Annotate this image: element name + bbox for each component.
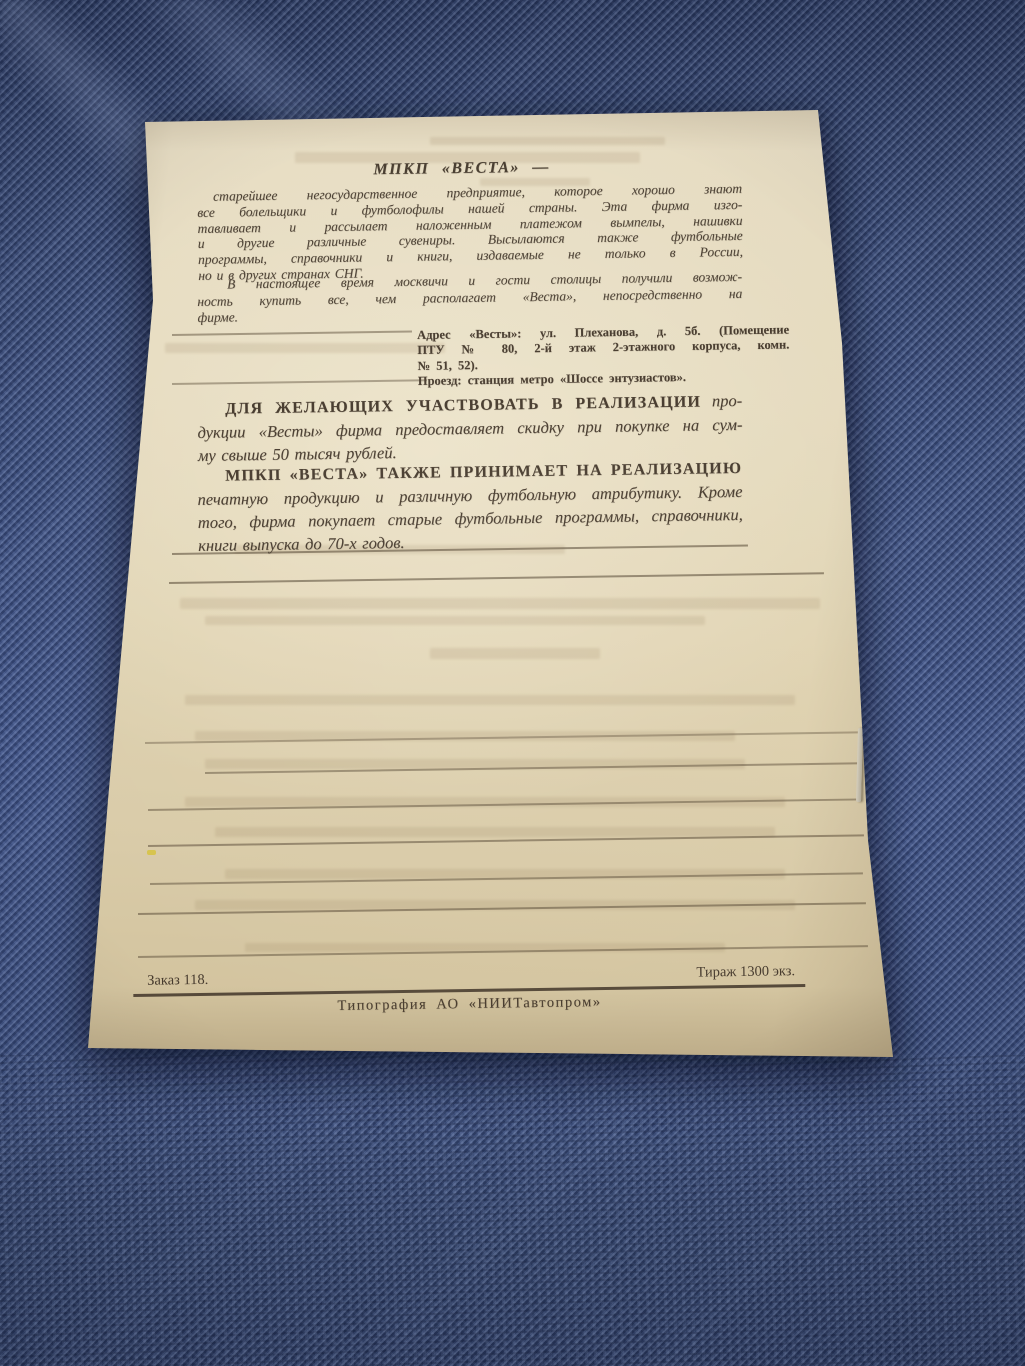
booklet-back-cover: МПКП «ВЕСТА» — старейшее негосударственн… bbox=[85, 103, 897, 1063]
consignment-lines: печатную продукцию и различную футбольну… bbox=[197, 480, 743, 557]
ruled-line bbox=[172, 330, 412, 335]
show-through-smudge bbox=[430, 648, 600, 659]
availability-paragraph: В настоящее время москвичи и гости столи… bbox=[197, 269, 743, 327]
show-through-smudge bbox=[215, 827, 775, 837]
show-through-smudge bbox=[205, 616, 705, 625]
address-block: Адрес «Весты»: ул. Плеханова, д. 5б. (По… bbox=[417, 322, 790, 389]
staple bbox=[856, 728, 863, 802]
discount-offer-paragraph: ДЛЯ ЖЕЛАЮЩИХ УЧАСТВОВАТЬ В РЕАЛИЗАЦИИ пр… bbox=[197, 389, 743, 467]
page-title: МПКП «ВЕСТА» — bbox=[189, 156, 734, 182]
yellow-mark bbox=[147, 850, 156, 855]
consignment-paragraph: МПКП «ВЕСТА» ТАКЖЕ ПРИНИМАЕТ НА РЕАЛИЗАЦ… bbox=[197, 457, 743, 557]
ruled-line bbox=[172, 379, 427, 384]
show-through-smudge bbox=[165, 343, 445, 353]
imprint-footer: Заказ 118. Тираж 1300 экз. Типография АО… bbox=[133, 962, 806, 1017]
show-through-smudge bbox=[185, 695, 795, 705]
show-through-smudge bbox=[430, 137, 665, 145]
paper-shadow-wrap: МПКП «ВЕСТА» — старейшее негосударственн… bbox=[85, 103, 897, 1063]
print-run: Тираж 1300 экз. bbox=[696, 962, 795, 981]
ruled-line bbox=[169, 572, 824, 583]
order-number: Заказ 118. bbox=[147, 971, 208, 990]
offer-heading-tail: про- bbox=[712, 391, 743, 410]
intro-paragraph: старейшее негосударственное предприятие,… bbox=[197, 181, 743, 284]
show-through-smudge bbox=[180, 598, 820, 609]
fabric-bottom-texture bbox=[0, 1055, 1025, 1366]
photo-scene: МПКП «ВЕСТА» — старейшее негосударственн… bbox=[0, 0, 1025, 1366]
